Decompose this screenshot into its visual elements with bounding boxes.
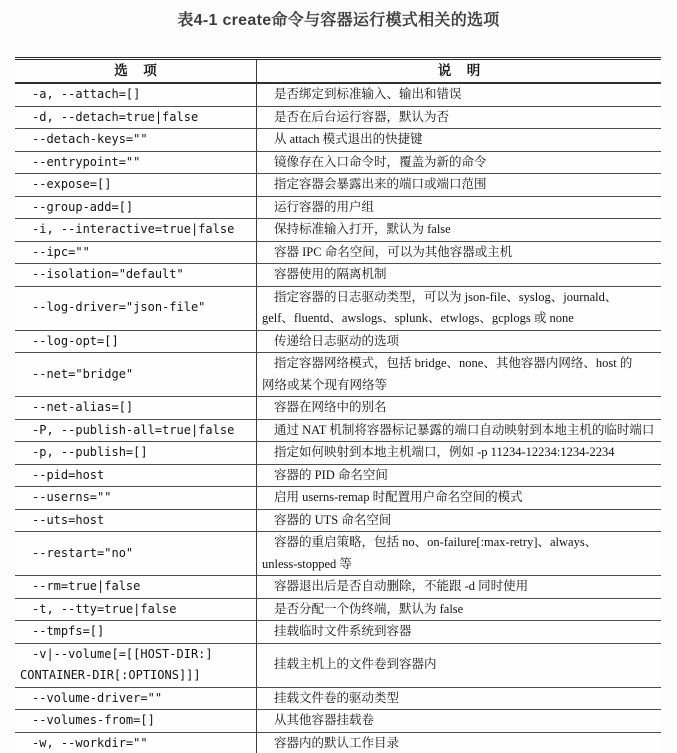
description-cell: 运行容器的用户组 [257,197,661,219]
option-text: --tmpfs=[] [15,621,256,643]
option-cell: --net="bridge" [15,353,257,396]
option-cell: --expose=[] [15,174,257,196]
description-cell: 挂载主机上的文件卷到容器内 [257,644,661,687]
option-text: -w, --workdir="" [15,733,256,753]
option-cell: --rm=true|false [15,576,257,598]
option-cell: --restart="no" [15,532,257,575]
table-row: --rm=true|false 容器退出后是否自动删除，不能跟 -d 同时使用 [15,576,661,599]
description-cell: 指定容器网络模式，包括 bridge、none、其他容器内网络、host 的 网… [257,353,661,396]
table-row: --ipc="" 容器 IPC 命名空间，可以为其他容器或主机 [15,242,661,265]
description-cell: 是否分配一个伪终端，默认为 false [257,599,661,621]
option-cell: --entrypoint="" [15,152,257,174]
description-cell: 容器退出后是否自动删除，不能跟 -d 同时使用 [257,576,661,598]
description-cell: 从其他容器挂载卷 [257,710,661,732]
description-cell: 容器在网络中的别名 [257,397,661,419]
option-cell: -w, --workdir="" [15,733,257,753]
description-cell: 从 attach 模式退出的快捷键 [257,129,661,151]
description-cell: 容器的重启策略，包括 no、on-failure[:max-retry]、alw… [257,532,661,575]
option-cell: -v|--volume[=[[HOST-DIR:] CONTAINER-DIR[… [15,644,257,687]
table-row: --restart="no" 容器的重启策略，包括 no、on-failure[… [15,532,661,576]
description-text: 挂载主机上的文件卷到容器内 [257,654,661,676]
table-row: -p, --publish=[] 指定如何映射到本地主机端口，例如 -p 112… [15,442,661,465]
table-row: --isolation="default" 容器使用的隔离机制 [15,264,661,287]
option-text: --expose=[] [15,174,256,196]
description-text: 通过 NAT 机制将容器标记暴露的端口自动映射到本地主机的临时端口 [257,420,661,442]
description-text: 挂载临时文件系统到容器 [257,621,661,643]
description-text: 容器在网络中的别名 [257,397,661,419]
option-text: --log-opt=[] [15,331,256,353]
option-cell: -p, --publish=[] [15,442,257,464]
table-row: --log-opt=[] 传递给日志驱动的选项 [15,331,661,354]
description-cell: 启用 userns-remap 时配置用户命名空间的模式 [257,487,661,509]
description-text: 挂载文件卷的驱动类型 [257,688,661,710]
table-row: --expose=[] 指定容器会暴露出来的端口或端口范围 [15,174,661,197]
option-text: -a, --attach=[] [15,84,256,106]
description-cell: 镜像存在入口命令时，覆盖为新的命令 [257,152,661,174]
table-row: --log-driver="json-file" 指定容器的日志驱动类型，可以为… [15,287,661,331]
option-cell: --ipc="" [15,242,257,264]
option-text: --restart="no" [15,543,256,565]
option-cell: --detach-keys="" [15,129,257,151]
header-description-cell: 说 明 [257,60,661,82]
option-cell: --log-opt=[] [15,331,257,353]
option-cell: -d, --detach=true|false [15,107,257,129]
table-row: --pid=host 容器的 PID 命名空间 [15,465,661,488]
table-row: -i, --interactive=true|false 保持标准输入打开，默认… [15,219,661,242]
header-description-label: 说 明 [257,60,661,82]
description-cell: 是否绑定到标准输入、输出和错误 [257,84,661,106]
table-row: --userns="" 启用 userns-remap 时配置用户命名空间的模式 [15,487,661,510]
description-text: 容器退出后是否自动删除，不能跟 -d 同时使用 [257,576,661,598]
table-row: --group-add=[] 运行容器的用户组 [15,197,661,220]
description-text: 运行容器的用户组 [257,197,661,219]
option-text: --uts=host [15,510,256,532]
description-text: 容器的重启策略，包括 no、on-failure[:max-retry]、alw… [257,532,661,575]
description-text: 是否在后台运行容器，默认为否 [257,107,661,129]
option-text: -P, --publish-all=true|false [15,420,256,442]
option-text: --log-driver="json-file" [15,297,256,319]
option-cell: --volume-driver="" [15,688,257,710]
option-cell: --net-alias=[] [15,397,257,419]
table-row: --volume-driver="" 挂载文件卷的驱动类型 [15,688,661,711]
options-table: 选 项 说 明 -a, --attach=[] 是否绑定到标准输入、输出和错误 … [15,57,661,753]
option-cell: --log-driver="json-file" [15,287,257,330]
description-text: 镜像存在入口命令时，覆盖为新的命令 [257,152,661,174]
option-cell: --group-add=[] [15,197,257,219]
option-text: --isolation="default" [15,264,256,286]
table-row: -w, --workdir="" 容器内的默认工作目录 [15,733,661,753]
description-cell: 容器使用的隔离机制 [257,264,661,286]
option-cell: --tmpfs=[] [15,621,257,643]
table-row: --tmpfs=[] 挂载临时文件系统到容器 [15,621,661,644]
table-header-row: 选 项 说 明 [15,60,661,84]
option-cell: --pid=host [15,465,257,487]
option-cell: -t, --tty=true|false [15,599,257,621]
table-row: -v|--volume[=[[HOST-DIR:] CONTAINER-DIR[… [15,644,661,688]
option-text: -i, --interactive=true|false [15,219,256,241]
option-cell: --uts=host [15,510,257,532]
description-cell: 指定如何映射到本地主机端口，例如 -p 11234-12234:1234-223… [257,442,661,464]
table-row: -P, --publish-all=true|false 通过 NAT 机制将容… [15,420,661,443]
option-cell: --volumes-from=[] [15,710,257,732]
table-row: -d, --detach=true|false 是否在后台运行容器，默认为否 [15,107,661,130]
option-text: --net-alias=[] [15,397,256,419]
description-text: 从其他容器挂载卷 [257,710,661,732]
book-page: 表4-1 create命令与容器运行模式相关的选项 选 项 说 明 -a, --… [0,0,677,753]
option-text: --entrypoint="" [15,152,256,174]
description-text: 是否分配一个伪终端，默认为 false [257,599,661,621]
table-row: --detach-keys="" 从 attach 模式退出的快捷键 [15,129,661,152]
option-text: -v|--volume[=[[HOST-DIR:] CONTAINER-DIR[… [15,644,256,687]
option-text: -t, --tty=true|false [15,599,256,621]
description-text: 容器使用的隔离机制 [257,264,661,286]
description-text: 启用 userns-remap 时配置用户命名空间的模式 [257,487,661,509]
option-text: --ipc="" [15,242,256,264]
description-text: 指定容器网络模式，包括 bridge、none、其他容器内网络、host 的 网… [257,353,661,396]
table-row: -a, --attach=[] 是否绑定到标准输入、输出和错误 [15,84,661,107]
description-text: 指定容器的日志驱动类型，可以为 json-file、syslog、journal… [257,287,661,330]
description-cell: 容器 IPC 命名空间，可以为其他容器或主机 [257,242,661,264]
description-cell: 容器内的默认工作目录 [257,733,661,753]
table-row: --volumes-from=[] 从其他容器挂载卷 [15,710,661,733]
option-text: --rm=true|false [15,576,256,598]
option-text: --userns="" [15,487,256,509]
option-cell: -P, --publish-all=true|false [15,420,257,442]
header-option-label: 选 项 [15,60,256,82]
table-row: --net="bridge" 指定容器网络模式，包括 bridge、none、其… [15,353,661,397]
description-cell: 挂载文件卷的驱动类型 [257,688,661,710]
description-cell: 容器的 UTS 命名空间 [257,510,661,532]
description-cell: 通过 NAT 机制将容器标记暴露的端口自动映射到本地主机的临时端口 [257,420,661,442]
option-text: -p, --publish=[] [15,442,256,464]
description-cell: 容器的 PID 命名空间 [257,465,661,487]
table-title: 表4-1 create命令与容器运行模式相关的选项 [0,0,677,29]
description-text: 容器 IPC 命名空间，可以为其他容器或主机 [257,242,661,264]
table-row: -t, --tty=true|false 是否分配一个伪终端，默认为 false [15,599,661,622]
description-cell: 挂载临时文件系统到容器 [257,621,661,643]
header-option-cell: 选 项 [15,60,257,82]
option-text: -d, --detach=true|false [15,107,256,129]
description-cell: 是否在后台运行容器，默认为否 [257,107,661,129]
description-text: 保持标准输入打开，默认为 false [257,219,661,241]
table-row: --entrypoint="" 镜像存在入口命令时，覆盖为新的命令 [15,152,661,175]
description-cell: 传递给日志驱动的选项 [257,331,661,353]
option-cell: -a, --attach=[] [15,84,257,106]
description-text: 指定容器会暴露出来的端口或端口范围 [257,174,661,196]
option-cell: -i, --interactive=true|false [15,219,257,241]
table-row: --uts=host 容器的 UTS 命名空间 [15,510,661,533]
description-text: 从 attach 模式退出的快捷键 [257,129,661,151]
option-text: --net="bridge" [15,364,256,386]
description-text: 传递给日志驱动的选项 [257,331,661,353]
description-text: 容器的 UTS 命名空间 [257,510,661,532]
option-text: --volumes-from=[] [15,710,256,732]
table-row: --net-alias=[] 容器在网络中的别名 [15,397,661,420]
description-text: 容器的 PID 命名空间 [257,465,661,487]
option-text: --detach-keys="" [15,129,256,151]
description-cell: 指定容器的日志驱动类型，可以为 json-file、syslog、journal… [257,287,661,330]
description-text: 容器内的默认工作目录 [257,733,661,753]
description-cell: 指定容器会暴露出来的端口或端口范围 [257,174,661,196]
option-cell: --isolation="default" [15,264,257,286]
description-text: 是否绑定到标准输入、输出和错误 [257,84,661,106]
description-cell: 保持标准输入打开，默认为 false [257,219,661,241]
description-text: 指定如何映射到本地主机端口，例如 -p 11234-12234:1234-223… [257,442,661,464]
option-text: --group-add=[] [15,197,256,219]
option-cell: --userns="" [15,487,257,509]
option-text: --volume-driver="" [15,688,256,710]
option-text: --pid=host [15,465,256,487]
